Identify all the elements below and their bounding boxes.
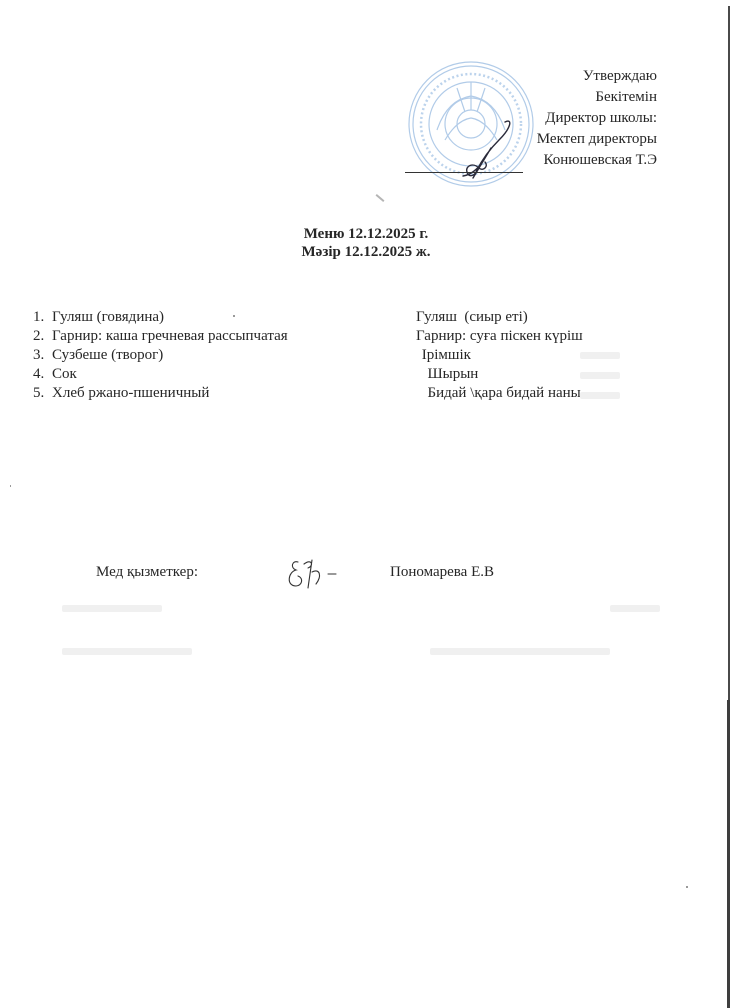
menu-list-ru: 1.Гуляш (говядина) 2.Гарнир: каша гречне…: [33, 308, 288, 403]
bleed-through-mark: [62, 605, 162, 612]
bleed-through-mark: [580, 372, 620, 379]
medic-signature-icon: [282, 554, 344, 594]
medic-name: Пономарева Е.В: [390, 564, 494, 581]
approval-line-approve-kz: Бекітемін: [537, 87, 657, 108]
menu-item-kz: Ірімшік: [416, 346, 583, 365]
menu-item-kz: Гарнир: суға піскен күріш: [416, 327, 583, 346]
menu-item-text: Сок: [52, 366, 77, 382]
scan-speck: [686, 886, 688, 888]
approval-line-director-ru: Директор школы:: [537, 108, 657, 129]
menu-item-ru: 4.Сок: [33, 365, 288, 384]
menu-item-text: Сузбеше (творог): [52, 347, 163, 363]
menu-item-number: 4.: [33, 365, 52, 384]
scan-speck: [376, 194, 385, 202]
director-signature-icon: [455, 118, 515, 180]
menu-item-ru: 5.Хлеб ржано-пшеничный: [33, 384, 288, 403]
approval-block: Утверждаю Бекітемін Директор школы: Мект…: [537, 66, 657, 171]
scan-speck: [233, 315, 235, 317]
menu-item-text: Хлеб ржано-пшеничный: [52, 385, 209, 401]
menu-title-ru: Меню 12.12.2025 г.: [0, 226, 732, 243]
director-signature-line: [405, 172, 523, 173]
menu-item-number: 5.: [33, 384, 52, 403]
bleed-through-mark: [430, 648, 610, 655]
menu-item-number: 2.: [33, 327, 52, 346]
menu-item-ru: 1.Гуляш (говядина): [33, 308, 288, 327]
scanned-document-page: Утверждаю Бекітемін Директор школы: Мект…: [0, 0, 732, 1008]
bleed-through-mark: [610, 605, 660, 612]
menu-list-kz: Гуляш (сиыр еті) Гарнир: суға піскен күр…: [416, 308, 583, 403]
approval-line-director-name: Конюшевская Т.Э: [537, 150, 657, 171]
medic-label: Мед қызметкер:: [96, 564, 198, 581]
scan-speck: [10, 485, 11, 487]
scan-edge-line: [727, 700, 730, 1008]
menu-item-number: 1.: [33, 308, 52, 327]
menu-item-kz: Бидай \қара бидай наны: [416, 384, 583, 403]
menu-item-number: 3.: [33, 346, 52, 365]
approval-line-director-kz: Мектеп директоры: [537, 129, 657, 150]
menu-item-text: Гарнир: каша гречневая рассыпчатая: [52, 328, 288, 344]
approval-line-approve-ru: Утверждаю: [537, 66, 657, 87]
bleed-through-mark: [62, 648, 192, 655]
menu-item-kz: Шырын: [416, 365, 583, 384]
menu-item-kz: Гуляш (сиыр еті): [416, 308, 583, 327]
menu-item-ru: 2.Гарнир: каша гречневая рассыпчатая: [33, 327, 288, 346]
bleed-through-mark: [580, 392, 620, 399]
bleed-through-mark: [580, 352, 620, 359]
menu-title-kz: Мәзір 12.12.2025 ж.: [0, 244, 732, 261]
menu-item-ru: 3.Сузбеше (творог): [33, 346, 288, 365]
menu-item-text: Гуляш (говядина): [52, 309, 164, 325]
